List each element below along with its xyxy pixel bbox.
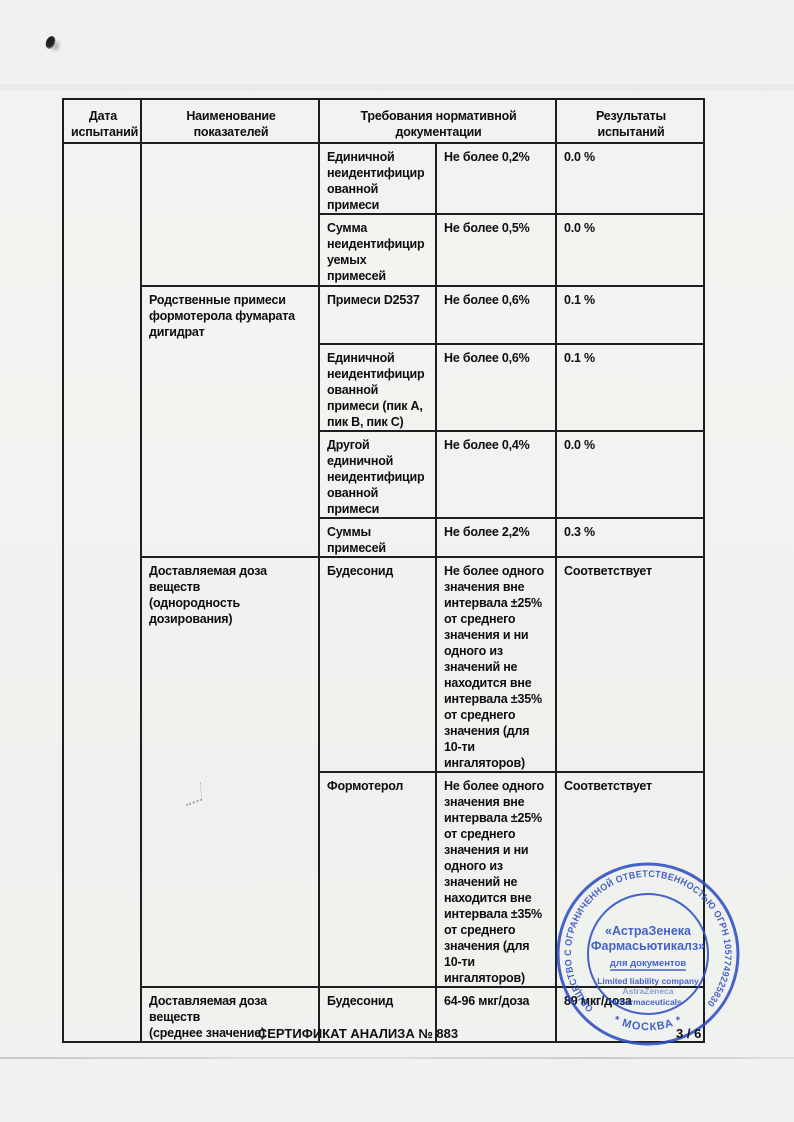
cell-parameter: Суммы примесей (319, 518, 436, 557)
cell-parameter: Единичной неидентифицир ованной примеси … (319, 344, 436, 431)
scan-artifact-band (0, 84, 794, 90)
cell-requirement: Не более одного значения вне интервала ±… (436, 557, 556, 772)
cell-requirement: Не более 2,2% (436, 518, 556, 557)
cell-result: 0.1 % (556, 344, 704, 431)
cell-result: Соответствует (556, 772, 704, 987)
table-row: Единичной неидентифицир ованной примеси … (63, 143, 704, 214)
table-row: Доставляемая доза веществ (однородность … (63, 557, 704, 772)
header-parameter-name: Наименование показателей (141, 99, 319, 143)
cell-parameter: Другой единичной неидентифицир ованной п… (319, 431, 436, 518)
cell-requirement: Не более 0,6% (436, 344, 556, 431)
header-date-of-tests: Дата испытаний (63, 99, 141, 143)
cell-requirement: Не более 0,5% (436, 214, 556, 286)
cell-requirement: Не более 0,2% (436, 143, 556, 214)
scanned-certificate-page: Дата испытаний Наименование показателей … (0, 0, 794, 1122)
table-header-row: Дата испытаний Наименование показателей … (63, 99, 704, 143)
header-test-results: Результаты испытаний (556, 99, 704, 143)
cell-result: 0.0 % (556, 431, 704, 518)
cell-group-delivered-dose-uniformity: Доставляемая доза веществ (однородность … (141, 557, 319, 987)
cell-requirement: Не более 0,6% (436, 286, 556, 344)
header-requirements: Требования нормативной документации (319, 99, 556, 143)
cell-parameter: Формотерол (319, 772, 436, 987)
cell-result: 0.0 % (556, 214, 704, 286)
cell-result: 0.0 % (556, 143, 704, 214)
analysis-results-table: Дата испытаний Наименование показателей … (62, 98, 705, 1043)
cell-requirement: Не более 0,4% (436, 431, 556, 518)
cell-result: 0.1 % (556, 286, 704, 344)
ink-blot-mark (45, 35, 57, 50)
cell-parameter: Сумма неидентифицир уемых примесей (319, 214, 436, 286)
cell-parameter: Примеси D2537 (319, 286, 436, 344)
cell-group-empty (141, 143, 319, 286)
page-number: 3 / 6 (676, 1026, 701, 1041)
cell-result: Соответствует (556, 557, 704, 772)
certificate-footer-title: СЕРТИФИКАТ АНАЛИЗА № 883 (0, 1026, 716, 1041)
table-row: Родственные примеси формотерола фумарата… (63, 286, 704, 344)
cell-date-empty (63, 143, 141, 1042)
cell-parameter: Единичной неидентифицир ованной примеси (319, 143, 436, 214)
cell-parameter: Будесонид (319, 557, 436, 772)
cell-requirement: Не более одного значения вне интервала ±… (436, 772, 556, 987)
cell-result: 0.3 % (556, 518, 704, 557)
scan-artifact-line (0, 1057, 794, 1059)
cell-group-related-impurities: Родственные примеси формотерола фумарата… (141, 286, 319, 557)
